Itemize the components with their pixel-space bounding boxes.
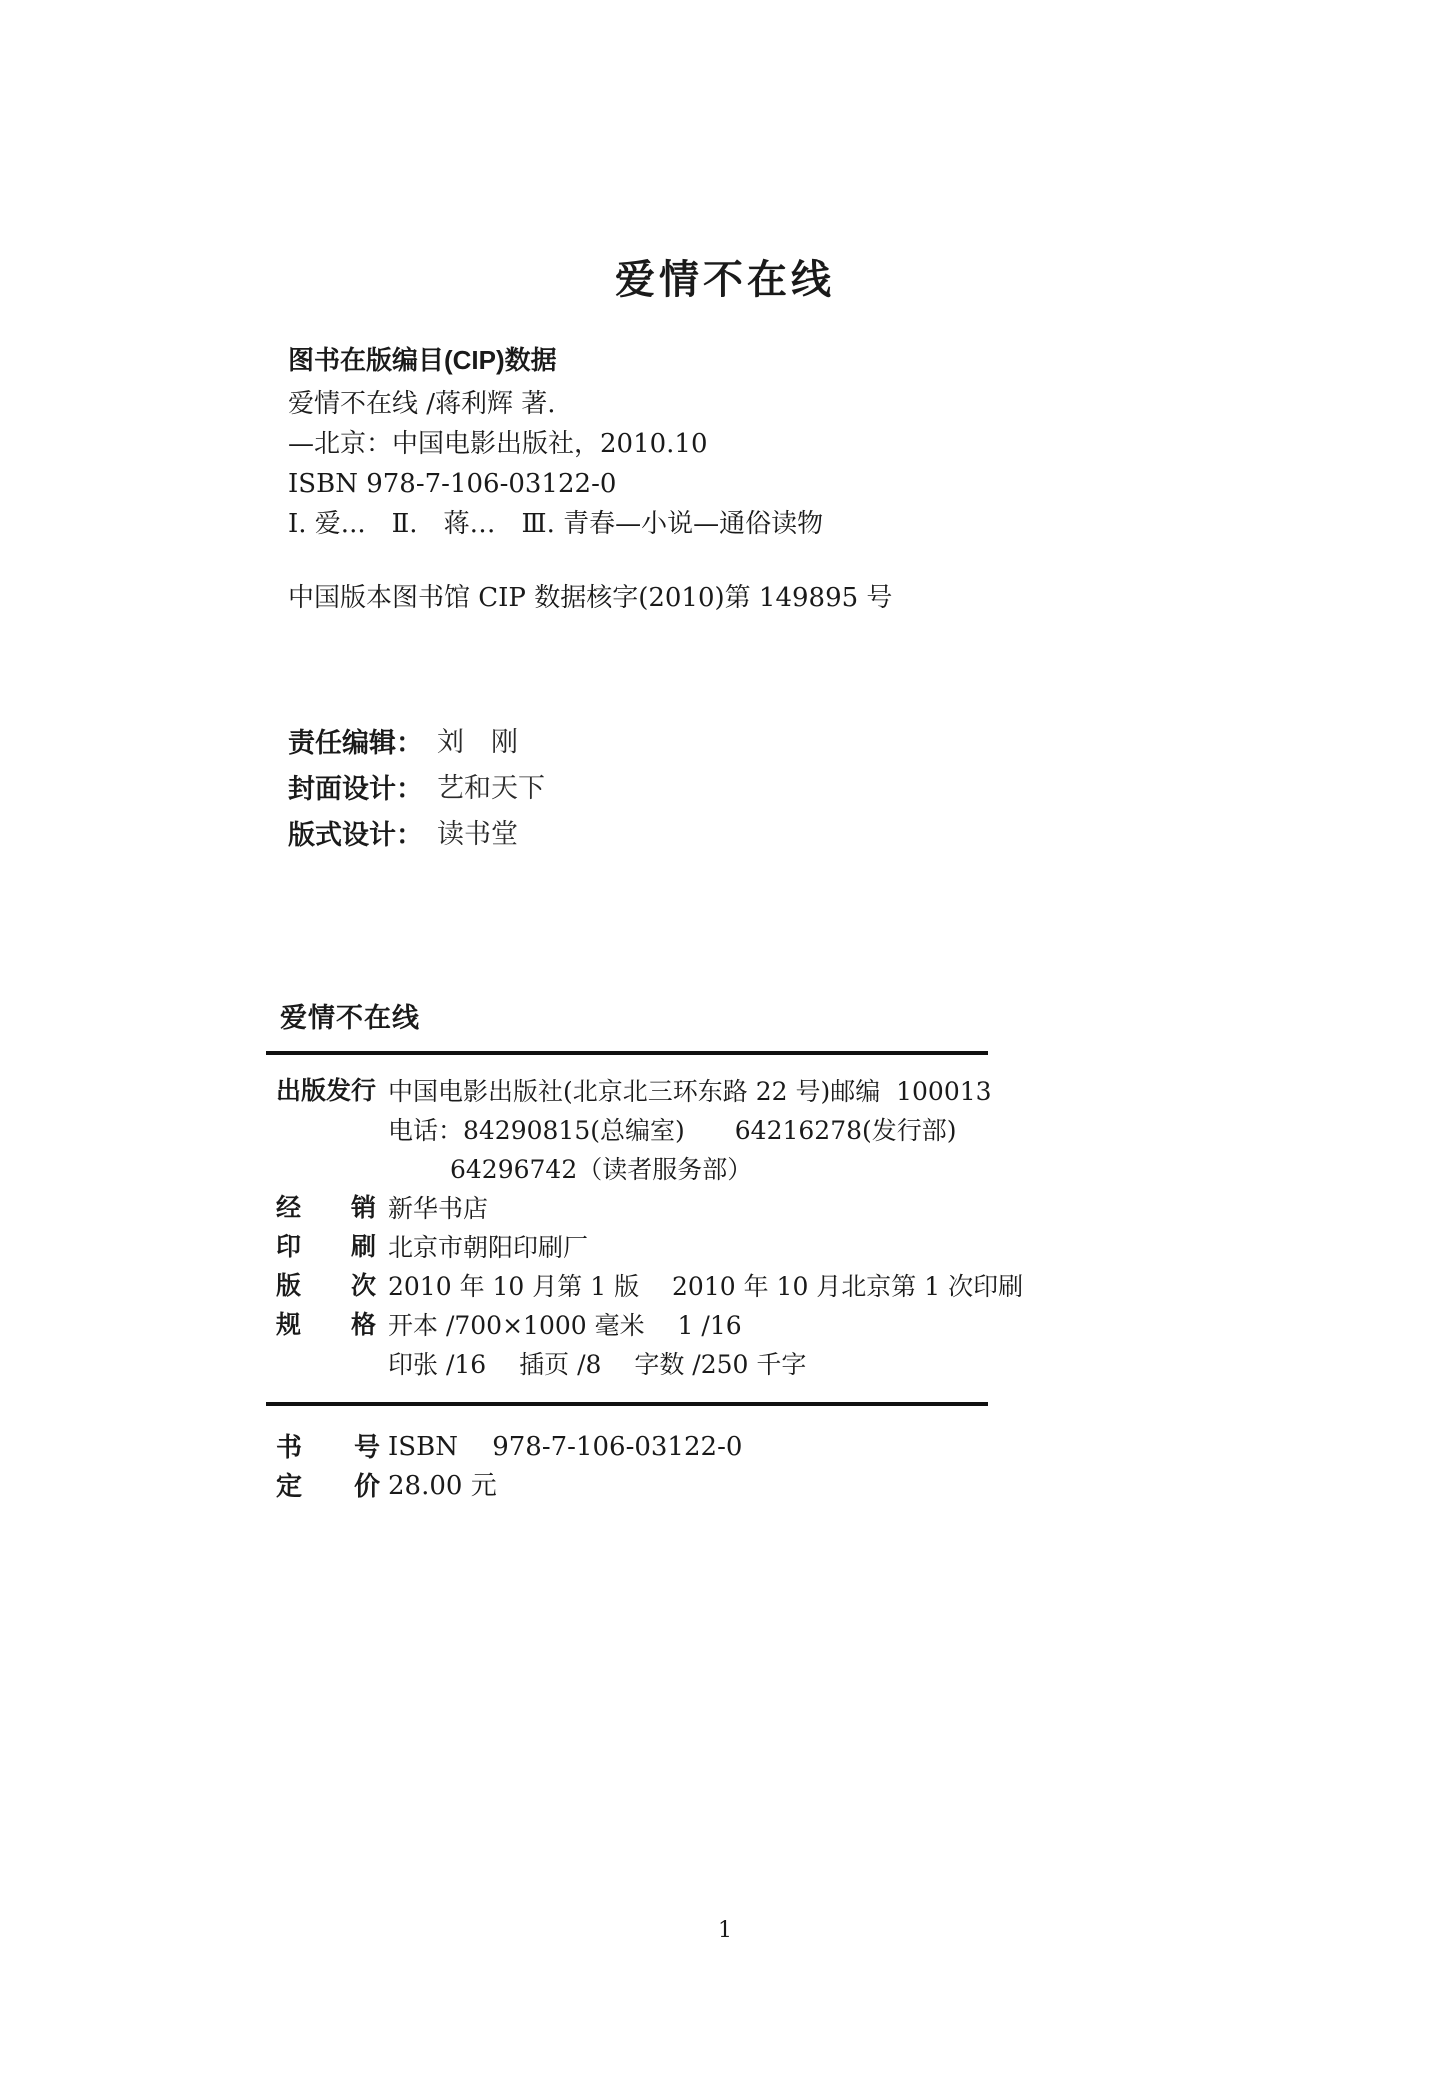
credit-row-editor: 责任编辑： 刘 刚 [288,720,545,766]
colophon-label-printer: 印 刷 [276,1228,388,1267]
credit-value-cover-design: 艺和天下 [437,766,545,812]
isbn-label: 书 号 [276,1428,388,1467]
divider-rule-top [266,1051,988,1055]
credit-label-editor: 责任编辑： [288,720,423,766]
colophon-value-distributor: 新华书店 [388,1189,488,1228]
colophon-value-printer: 北京市朝阳印刷厂 [388,1228,588,1267]
colophon-label-sheets [276,1345,388,1384]
colophon-value-sheets: 印张 /16 插页 /8 字数 /250 千字 [388,1345,806,1384]
price-row: 定 价 28.00 元 [276,1467,742,1506]
colophon-label-edition: 版 次 [276,1267,388,1306]
credits-block: 责任编辑： 刘 刚 封面设计： 艺和天下 版式设计： 读书堂 [288,720,545,858]
colophon-label-phone [276,1111,388,1150]
colophon-value-edition: 2010 年 10 月第 1 版 2010 年 10 月北京第 1 次印刷 [388,1267,1023,1306]
divider-rule-bottom [266,1402,988,1406]
colophon-label-publisher: 出版发行 [276,1072,388,1111]
colophon-row-sheets: 印张 /16 插页 /8 字数 /250 千字 [276,1345,1036,1384]
colophon-row-phone: 电话：84290815(总编室) 64216278(发行部) [276,1111,1036,1150]
copyright-page: 爱情不在线 图书在版编目(CIP)数据 爱情不在线 /蒋利辉 著. —北京：中国… [0,0,1450,2100]
colophon-value-phone: 电话：84290815(总编室) 64216278(发行部) [388,1111,957,1150]
price-value: 28.00 元 [388,1467,497,1506]
cip-registry-number: 中国版本图书馆 CIP 数据核字(2010)第 149895 号 [288,578,892,618]
credit-label-layout-design: 版式设计： [288,812,423,858]
colophon-value-publisher: 中国电影出版社(北京北三环东路 22 号)邮编 100013 [388,1072,992,1111]
credit-value-editor: 刘 刚 [437,720,518,766]
price-label: 定 价 [276,1467,388,1506]
colophon-value-reader-service: 64296742（读者服务部） [388,1150,752,1189]
cip-heading: 图书在版编目(CIP)数据 [288,340,892,380]
colophon-row-printer: 印 刷 北京市朝阳印刷厂 [276,1228,1036,1267]
colophon-label-reader-service [276,1150,388,1189]
isbn-price-block: 书 号 ISBN 978-7-106-03122-0 定 价 28.00 元 [276,1428,742,1506]
colophon-value-format: 开本 /700×1000 毫米 1 /16 [388,1306,742,1345]
colophon-row-publisher: 出版发行 中国电影出版社(北京北三环东路 22 号)邮编 100013 [276,1072,1036,1111]
cip-block: 图书在版编目(CIP)数据 爱情不在线 /蒋利辉 著. —北京：中国电影出版社，… [288,340,892,618]
page-number: 1 [0,1918,1450,1943]
credit-value-layout-design: 读书堂 [437,812,518,858]
isbn-value: ISBN 978-7-106-03122-0 [388,1428,742,1467]
colophon-table: 出版发行 中国电影出版社(北京北三环东路 22 号)邮编 100013 电话：8… [276,1072,1036,1384]
colophon-row-distributor: 经 销 新华书店 [276,1189,1036,1228]
cip-line-publisher: —北京：中国电影出版社，2010.10 [288,424,892,464]
credit-row-layout-design: 版式设计： 读书堂 [288,812,545,858]
colophon-label-distributor: 经 销 [276,1189,388,1228]
isbn-row: 书 号 ISBN 978-7-106-03122-0 [276,1428,742,1467]
colophon-row-edition: 版 次 2010 年 10 月第 1 版 2010 年 10 月北京第 1 次印… [276,1267,1036,1306]
colophon-row-reader-service: 64296742（读者服务部） [276,1150,1036,1189]
book-title: 爱情不在线 [0,248,1450,305]
colophon-row-format: 规 格 开本 /700×1000 毫米 1 /16 [276,1306,1036,1345]
cip-line-classification: Ⅰ. 爱... Ⅱ. 蒋… Ⅲ. 青春—小说—通俗读物 [288,504,892,544]
cip-line-isbn: ISBN 978-7-106-03122-0 [288,464,892,504]
colophon-label-format: 规 格 [276,1306,388,1345]
credit-row-cover-design: 封面设计： 艺和天下 [288,766,545,812]
colophon-section-title: 爱情不在线 [280,996,420,1035]
cip-line-title-author: 爱情不在线 /蒋利辉 著. [288,384,892,424]
credit-label-cover-design: 封面设计： [288,766,423,812]
